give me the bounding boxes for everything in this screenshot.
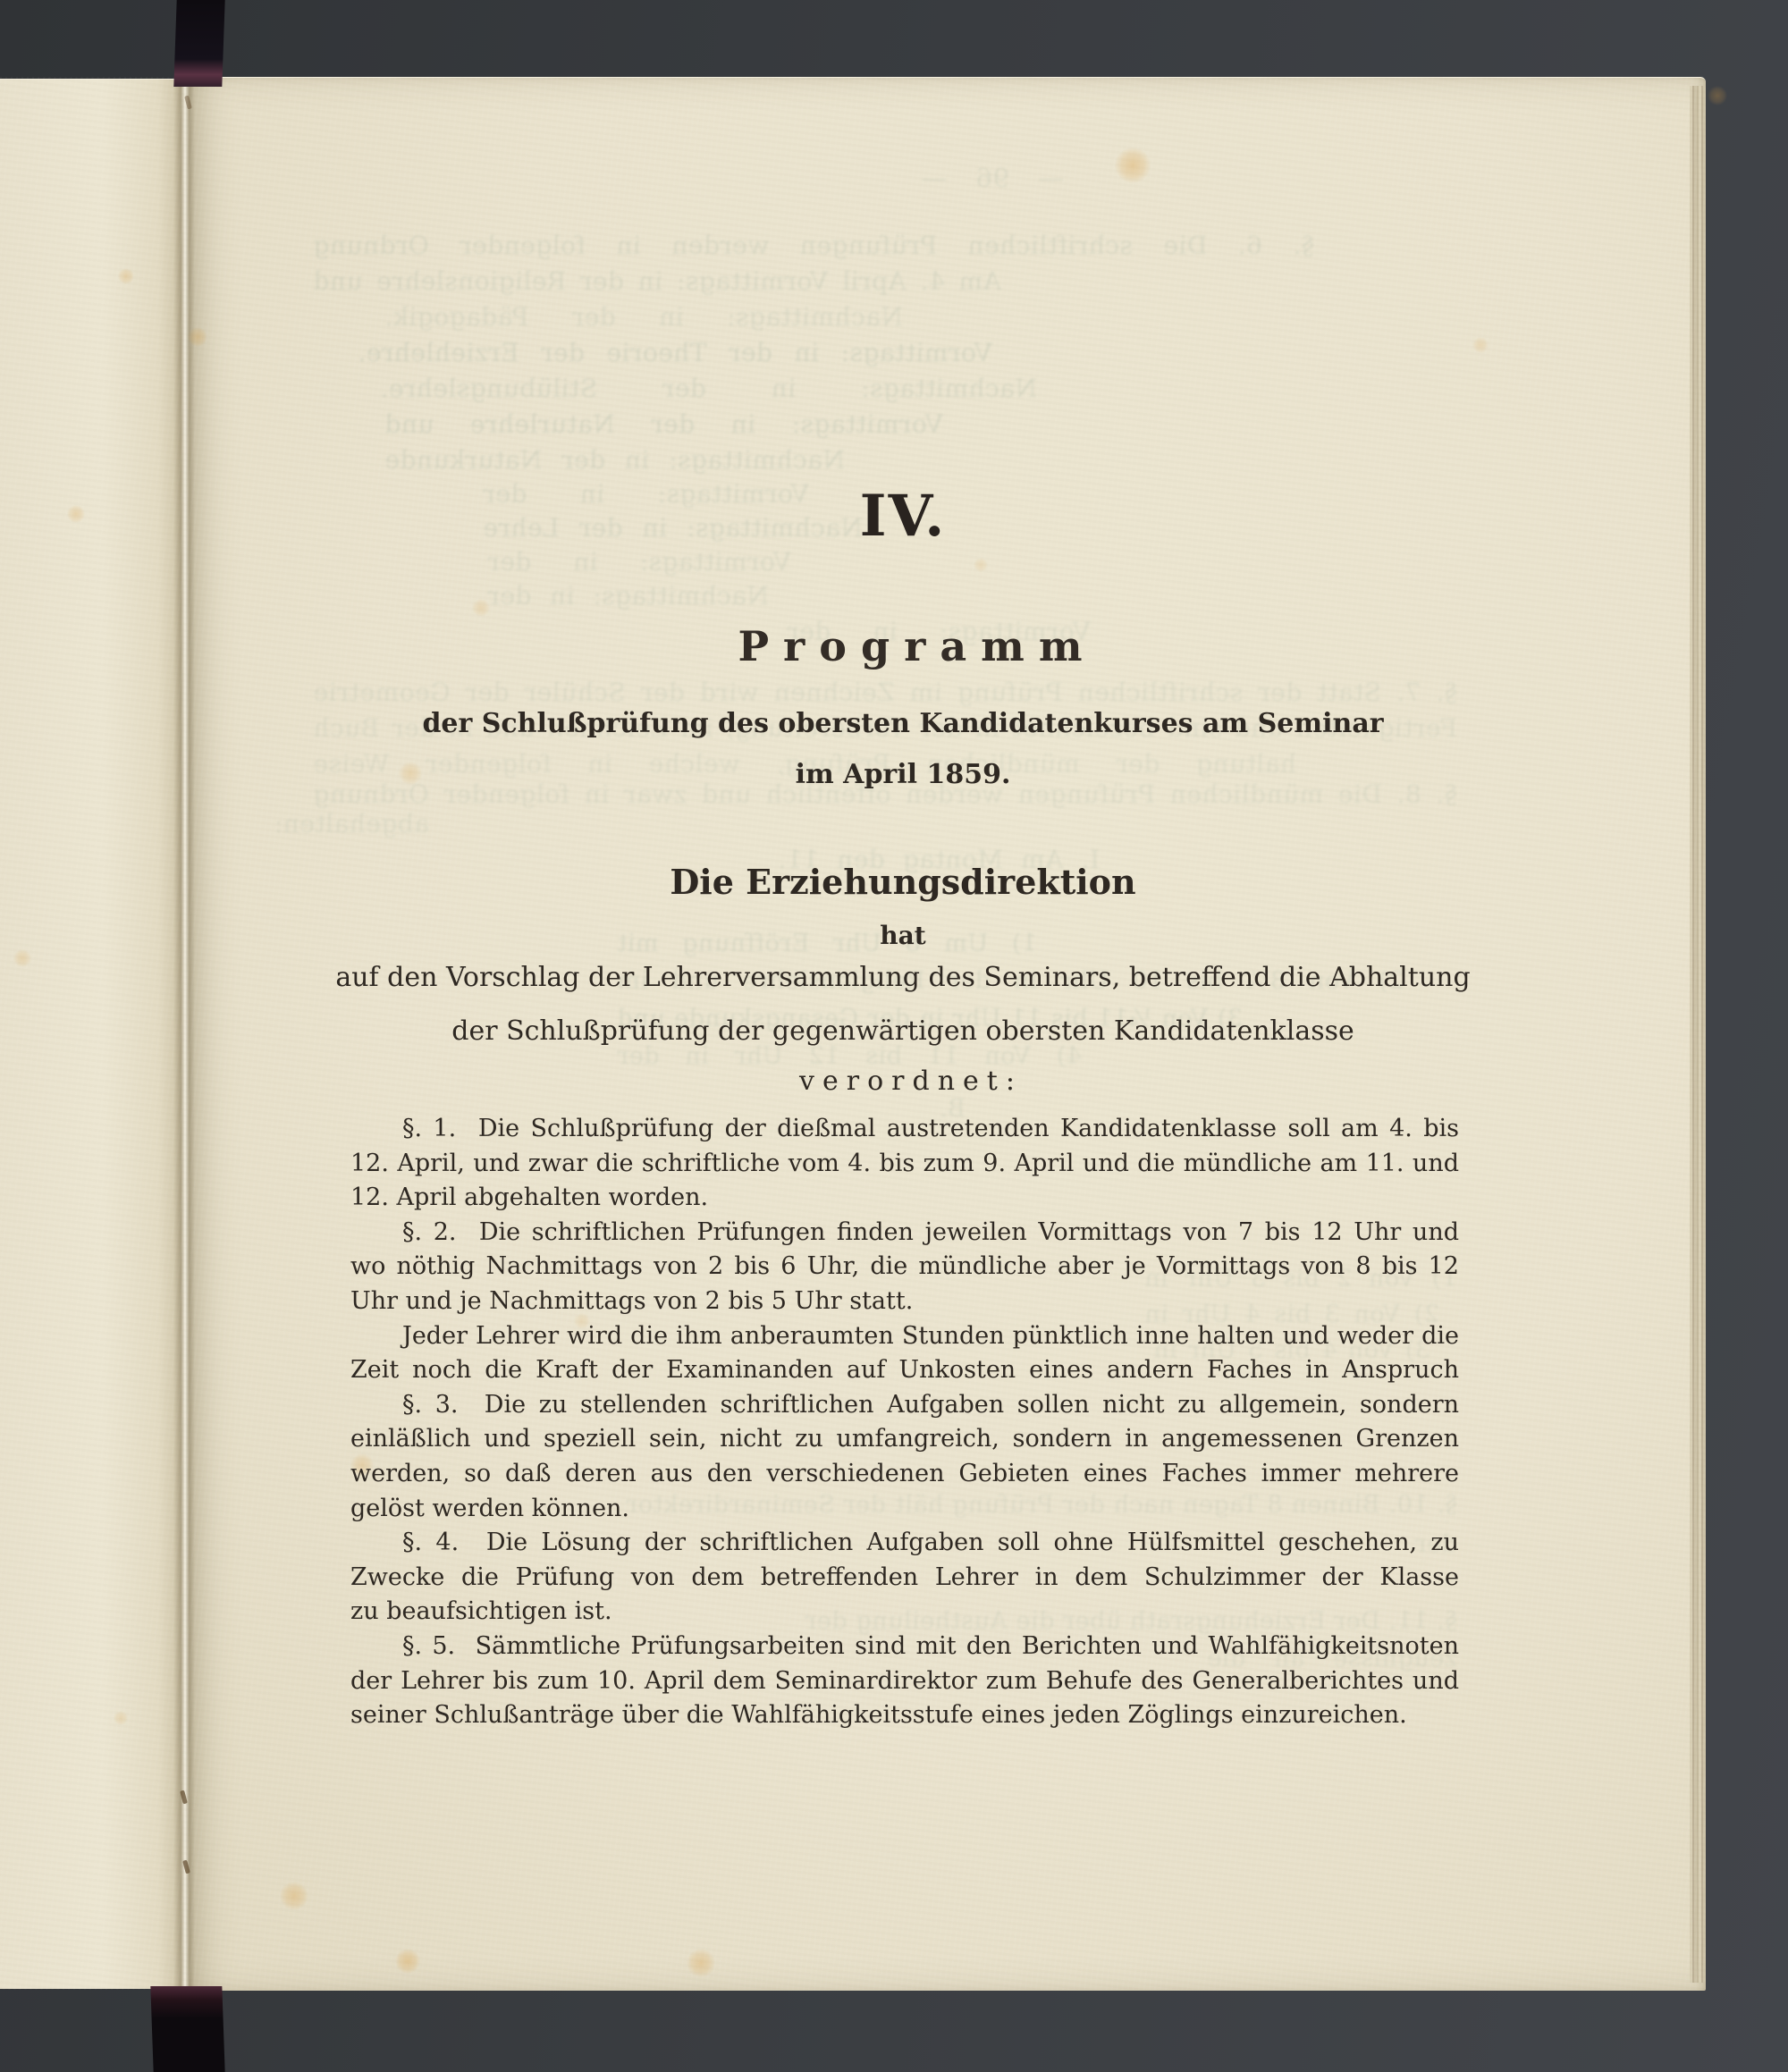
preamble-line-2: der Schlußprüfung der gegenwärtigen ober… bbox=[286, 1015, 1520, 1047]
body-line: Jeder Lehrer wird die ihm anberaumten St… bbox=[350, 1319, 1459, 1354]
preamble-line-1: auf den Vorschlag der Lehrerversammlung … bbox=[286, 962, 1520, 993]
body-line: wo nöthig Nachmittags von 2 bis 6 Uhr, d… bbox=[350, 1250, 1459, 1284]
body-line: §. 1. Die Schlußprüfung der dießmal aust… bbox=[350, 1112, 1459, 1147]
body-line: §. 3. Die zu stellenden schriftlichen Au… bbox=[350, 1388, 1459, 1423]
body-line: §. 5. Sämmtliche Prüfungsarbeiten sind m… bbox=[350, 1630, 1459, 1664]
body-line: werden, so daß deren aus den verschieden… bbox=[350, 1457, 1459, 1492]
body-line: einläßlich und speziell sein, nicht zu u… bbox=[350, 1422, 1459, 1457]
body-line: gelöst werden können. bbox=[350, 1492, 1459, 1527]
printed-text-layer: IV. Programm der Schlußprüfung des obers… bbox=[0, 0, 1788, 2072]
body-line: 12. April, und zwar die schriftliche vom… bbox=[350, 1147, 1459, 1182]
page-title: Programm bbox=[286, 622, 1534, 670]
body-line: seiner Schlußanträge über die Wahlfähigk… bbox=[350, 1698, 1459, 1733]
body-text: §. 1. Die Schlußprüfung der dießmal aust… bbox=[350, 1112, 1459, 1733]
subtitle-line-2: im April 1859. bbox=[286, 759, 1520, 790]
body-line: §. 4. Die Lösung der schriftlichen Aufga… bbox=[350, 1526, 1459, 1561]
body-line: §. 2. Die schriftlichen Prüfungen finden… bbox=[350, 1216, 1459, 1251]
issuer-heading: Die Erziehungsdirektion bbox=[286, 862, 1520, 902]
section-number: IV. bbox=[286, 483, 1520, 550]
decree-word: verordnet: bbox=[286, 1065, 1528, 1097]
body-line: zu beaufsichtigen ist. bbox=[350, 1595, 1459, 1630]
body-line: Uhr und je Nachmittags von 2 bis 5 Uhr s… bbox=[350, 1284, 1459, 1319]
body-line: Zeit noch die Kraft der Examinanden auf … bbox=[350, 1353, 1459, 1388]
book-scan-photo: { "document": { "section_number": "IV.",… bbox=[0, 0, 1788, 2072]
issuer-verb: hat bbox=[286, 921, 1520, 950]
body-line: Zwecke die Prüfung von dem betreffenden … bbox=[350, 1561, 1459, 1596]
body-line: der Lehrer bis zum 10. April dem Seminar… bbox=[350, 1664, 1459, 1699]
body-line: 12. April abgehalten worden. bbox=[350, 1181, 1459, 1216]
subtitle-line-1: der Schlußprüfung des obersten Kandidate… bbox=[286, 708, 1520, 739]
